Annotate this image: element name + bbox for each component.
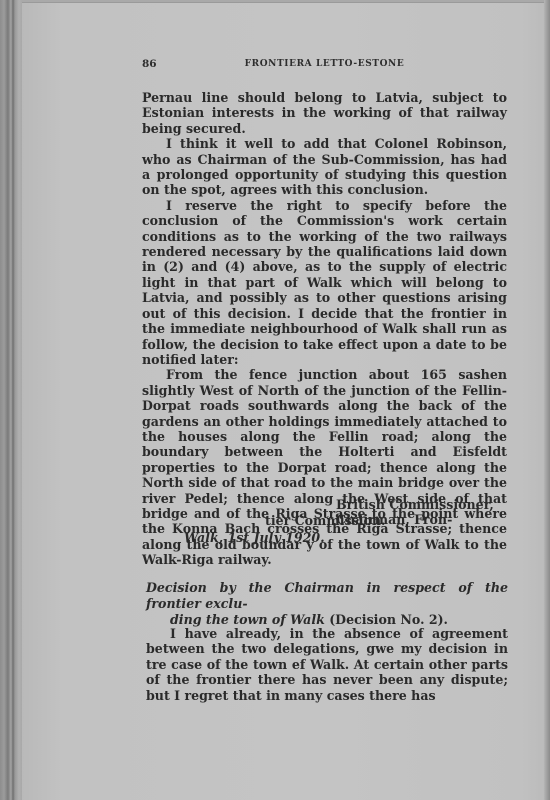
book-binding-edge: [0, 0, 22, 800]
section-title-line-2: ding the town of Walk: [170, 612, 329, 627]
decision-number: (Decision No. 2).: [329, 612, 448, 627]
running-head: FRONTIERA LETTO-ESTONE: [142, 59, 507, 69]
section-title-line-1: Decision by the Chairman in respect of t…: [146, 580, 508, 612]
body-text-block-2: I have already, in the absence of agreem…: [146, 626, 508, 703]
body-text-block: Pernau line should belong to Latvia, sub…: [142, 90, 507, 568]
paragraph-continuation: Pernau line should belong to Latvia, sub…: [142, 90, 507, 136]
page-right-edge: [544, 0, 550, 800]
paragraph-reserve-right: I reserve the right to specify before th…: [142, 198, 507, 367]
signature-line-2: tier Commission.: [265, 513, 385, 528]
paragraph-already-decided: I have already, in the absence of agreem…: [146, 626, 508, 703]
paragraph-robinson: I think it well to add that Colonel Robi…: [142, 136, 507, 198]
page-header: 86 FRONTIERA LETTO-ESTONE: [142, 58, 507, 74]
section-title: Decision by the Chairman in respect of t…: [146, 580, 508, 628]
dateline: Walk, 1st July 1920.: [184, 530, 325, 545]
